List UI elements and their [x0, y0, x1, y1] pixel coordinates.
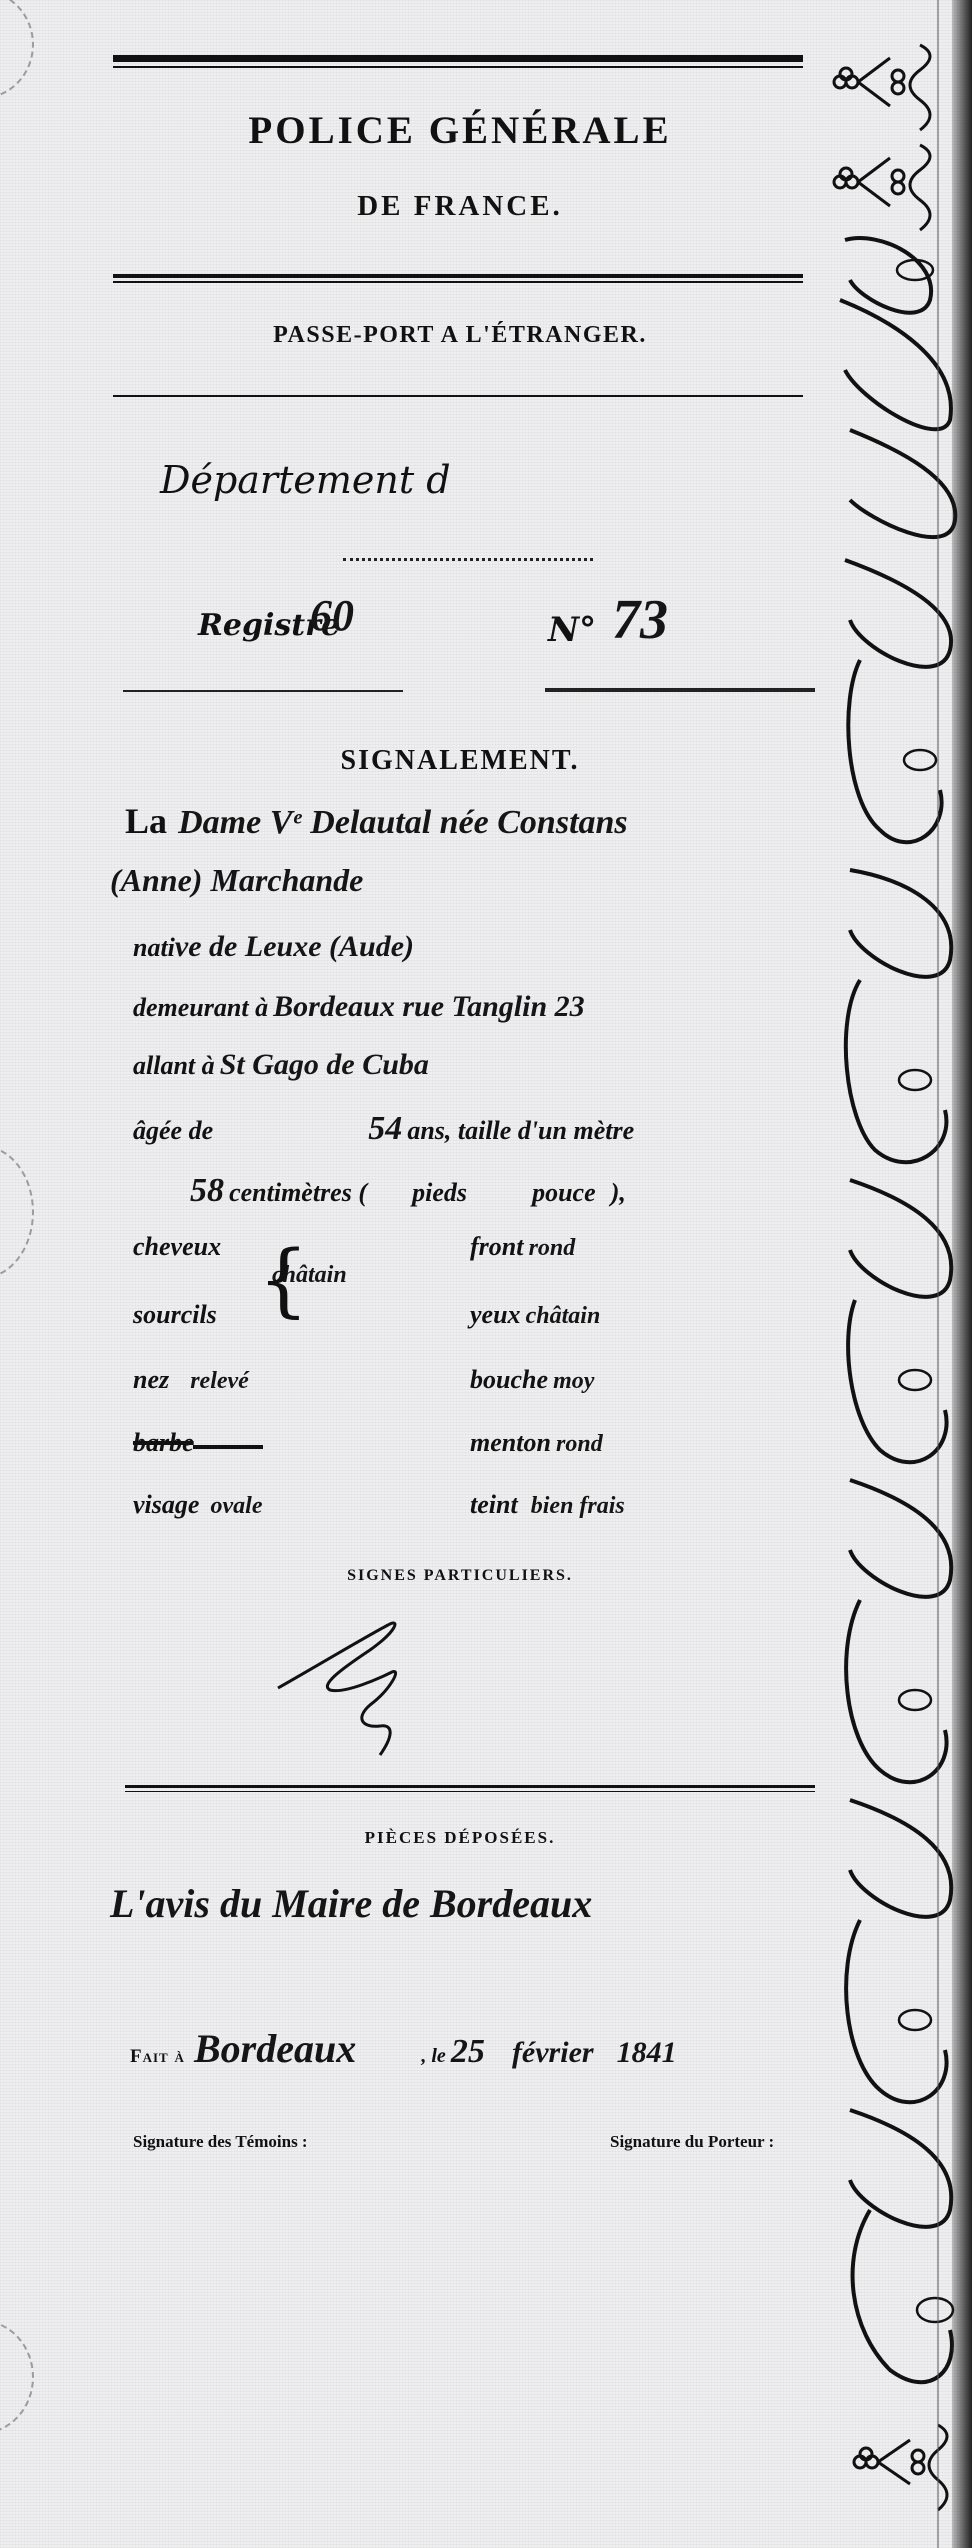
- pieces-deposees-value[interactable]: L'avis du Maire de Bordeaux: [110, 1880, 592, 1927]
- feature-visage: visage ovale: [133, 1490, 263, 1520]
- feature-menton: menton rond: [470, 1428, 603, 1458]
- document-title: POLICE GÉNÉRALE: [110, 108, 810, 153]
- document-subtitle-country: DE FRANCE.: [110, 190, 810, 223]
- pieces-rule: [125, 1785, 815, 1788]
- issued-label: Fait à: [130, 2046, 185, 2067]
- name-prefix: La: [125, 801, 167, 841]
- header-rule-thin: [113, 281, 803, 283]
- witnesses-signature-label: Signature des Témoins :: [133, 2132, 308, 2152]
- issued-date-prefix: , le: [421, 2045, 445, 2067]
- feature-sourcils: sourcils: [133, 1300, 217, 1330]
- department-field[interactable]: [343, 558, 593, 561]
- ornamental-flourish-border-icon: [820, 0, 972, 2548]
- native-value[interactable]: ve de Leuxe (Aude): [175, 930, 414, 963]
- seal-stamp-icon: [0, 0, 34, 99]
- top-rule-thin: [113, 66, 803, 68]
- feature-front: front rond: [470, 1232, 575, 1262]
- height-close: ),: [611, 1178, 626, 1207]
- name-value[interactable]: Dame Vᵉ Delautal née Constans: [178, 804, 628, 841]
- name-row: La Dame Vᵉ Delautal née Constans: [125, 800, 815, 850]
- issued-place[interactable]: Bordeaux: [194, 2026, 356, 2071]
- register-underline: [123, 690, 403, 692]
- binding-shadow: [952, 0, 972, 2548]
- passport-document: POLICE GÉNÉRALE DE FRANCE. PASSE-PORT A …: [0, 0, 972, 2548]
- strike-line: [193, 1445, 263, 1449]
- top-rule: [113, 55, 803, 62]
- department-label: Département d: [160, 458, 451, 502]
- seal-stamp-icon: [0, 1145, 34, 1279]
- age-row: âgée de 54 ans, taille d'un mètre: [133, 1110, 823, 1148]
- going-label: allant à: [133, 1051, 215, 1080]
- number-value[interactable]: 73: [612, 588, 668, 652]
- issued-row: Fait à Bordeaux , le 25 février 1841: [130, 2025, 830, 2072]
- pieces-rule-thin: [125, 1791, 815, 1792]
- height-row: 58 centimètres ( pieds pouce ),: [190, 1172, 830, 1210]
- native-label: nati: [133, 933, 175, 962]
- feature-yeux: yeux châtain: [470, 1300, 600, 1330]
- pieces-deposees-heading: PIÈCES DÉPOSÉES.: [110, 1828, 810, 1848]
- age-value[interactable]: 54: [368, 1110, 402, 1147]
- issued-year[interactable]: 1841: [617, 2036, 677, 2069]
- seal-stamp-icon: [0, 2320, 34, 2434]
- residing-label: demeurant à: [133, 993, 268, 1022]
- feature-barbe: barbe: [133, 1428, 263, 1458]
- brace-icon: {: [258, 1240, 309, 1320]
- scribble-mark-icon: [270, 1610, 420, 1780]
- residing-value[interactable]: Bordeaux rue Tanglin 23: [273, 990, 584, 1023]
- feature-teint: teint bien frais: [470, 1490, 625, 1520]
- number-underline: [545, 688, 815, 692]
- register-value[interactable]: 60: [310, 590, 354, 641]
- bearer-signature-label: Signature du Porteur :: [610, 2132, 774, 2152]
- header-rule: [113, 274, 803, 278]
- number-label: N°: [548, 610, 596, 650]
- age-suffix: ans, taille d'un mètre: [407, 1116, 634, 1145]
- height-cm-label: centimètres (: [229, 1178, 367, 1207]
- witnesses-signature-field[interactable]: [133, 2160, 433, 2280]
- going-row: allant à St Gago de Cuba: [133, 1048, 429, 1082]
- passport-type: PASSE-PORT A L'ÉTRANGER.: [110, 322, 810, 349]
- signalement-heading: SIGNALEMENT.: [110, 745, 810, 777]
- issued-day[interactable]: 25: [451, 2033, 485, 2070]
- subtitle-rule: [113, 395, 803, 397]
- feature-bouche: bouche moy: [470, 1365, 594, 1395]
- going-value[interactable]: St Gago de Cuba: [220, 1048, 429, 1081]
- native-row: native de Leuxe (Aude): [133, 930, 414, 964]
- residing-row: demeurant à Bordeaux rue Tanglin 23: [133, 990, 585, 1024]
- inch-label: pouce: [532, 1178, 596, 1207]
- height-cm-value[interactable]: 58: [190, 1172, 224, 1209]
- bearer-signature-field[interactable]: [610, 2160, 810, 2280]
- occupation-value[interactable]: (Anne) Marchande: [110, 862, 363, 899]
- feature-cheveux: cheveux: [133, 1232, 221, 1262]
- feature-nez: nez relevé: [133, 1365, 249, 1395]
- age-label: âgée de: [133, 1116, 213, 1145]
- feet-label: pieds: [412, 1178, 467, 1207]
- issued-month[interactable]: février: [512, 2036, 594, 2069]
- signes-particuliers-heading: SIGNES PARTICULIERS.: [110, 1567, 810, 1585]
